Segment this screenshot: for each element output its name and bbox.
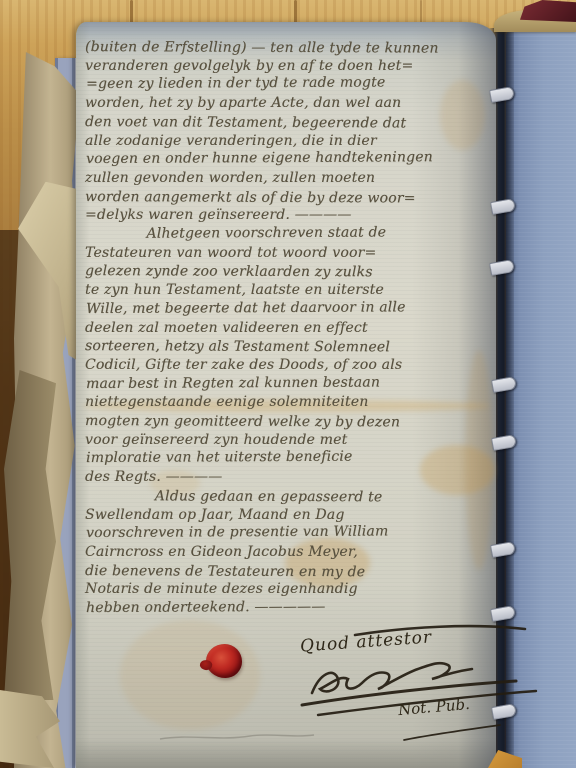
handwriting-line: imploratie van het uiterste beneficie: [86, 447, 488, 468]
handwriting-line: mogten zyn geomitteerd welke zy by dezen: [85, 412, 487, 432]
book-cover-leather: [520, 0, 576, 22]
handwriting-line: voegen en onder hunne eigene handtekenin…: [86, 148, 488, 169]
page-stain: [120, 620, 260, 730]
handwriting-line: voorschreven in de presentie van William: [86, 522, 488, 543]
handwriting-line: =geen zy lieden in der tyd te rade mogte: [86, 73, 488, 94]
handwriting-block: (buiten de Erfstelling) — ten alle tyde …: [85, 38, 487, 618]
handwriting-line: worden, het zy by aparte Acte, dan wel a…: [85, 94, 487, 113]
handwriting-line: worden aangemerkt als of die by deze woo…: [85, 188, 487, 208]
manuscript-page: (buiten de Erfstelling) — ten alle tyde …: [76, 22, 496, 768]
handwriting-line: Codicil, Gifte ter zake des Doods, of zo…: [85, 356, 487, 375]
handwriting-line: niettegenstaande eenige solemniteiten: [85, 393, 487, 412]
handwriting-line: Testateuren van woord tot woord voor=: [85, 244, 487, 263]
handwriting-line: deelen zal moeten valideeren en effect: [85, 319, 487, 338]
handwriting-line: Alhetgeen voorschreven staat de: [86, 223, 488, 244]
handwriting-line: te zyn hun Testament, laatste en uiterst…: [85, 281, 487, 300]
handwriting-line: (buiten de Erfstelling) — ten alle tyde …: [85, 38, 487, 58]
handwriting-line: den voet van dit Testament, begeerende d…: [85, 113, 487, 133]
handwriting-line: maar best in Regten zal kunnen bestaan: [86, 373, 488, 394]
pencil-mark: [158, 730, 318, 744]
notary-signature-flourish: [282, 615, 542, 745]
handwriting-line: Aldus gedaan en gepasseerd te: [85, 487, 487, 507]
handwriting-line: sorteeren, hetzy als Testament Solemneel: [85, 337, 487, 357]
handwriting-line: die benevens de Testateuren en my de: [85, 562, 487, 582]
handwriting-line: Cairncross en Gideon Jacobus Meyer,: [85, 543, 487, 562]
handwriting-line: Wille, met begeerte dat het daarvoor in …: [86, 298, 488, 319]
handwriting-line: gelezen zynde zoo verklaarden zy zulks: [85, 262, 487, 282]
wax-seal: [206, 644, 242, 678]
photograph: (buiten de Erfstelling) — ten alle tyde …: [0, 0, 576, 768]
handwriting-line: des Regts. ————: [85, 468, 487, 487]
handwriting-line: zullen gevonden worden, zullen moeten: [85, 169, 487, 188]
